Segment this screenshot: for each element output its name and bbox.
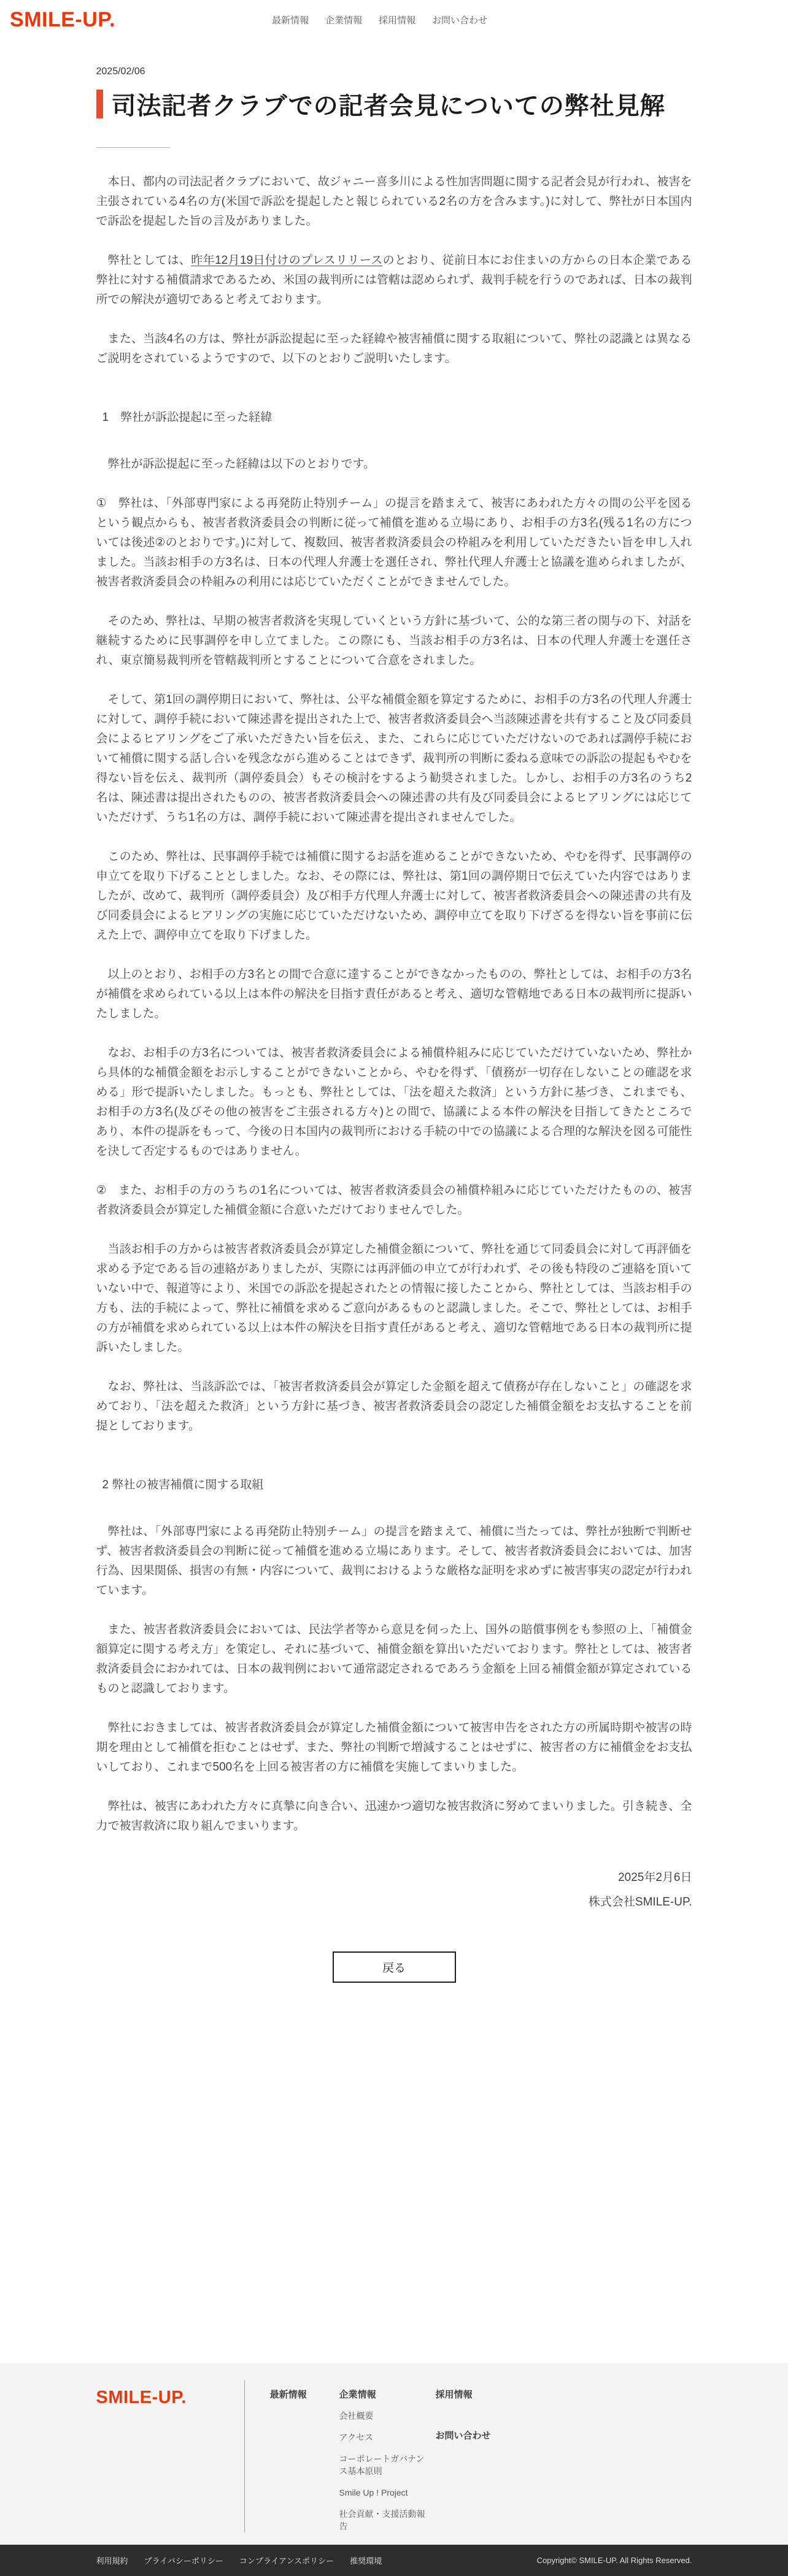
footer-col-corporate-info: 企業情報会社概要アクセスコーポレートガバナンス基本原則Smile Up ! Pr… — [339, 2380, 432, 2532]
paragraph: 当該お相手の方からは被害者救済委員会が算定した補償金額について、弊社を通じて同委… — [96, 1240, 692, 1358]
paragraph: そのため、弊社は、早期の被害者救済を実現していくという方針に基づいて、公的な第三… — [96, 612, 692, 671]
footer-col-latest-news: 最新情報 — [245, 2380, 339, 2532]
footer-contact-link[interactable]: お問い合わせ — [436, 2429, 555, 2442]
paragraph: 以上のとおり、お相手の方3名との間で合意に達することができなかったものの、弊社と… — [96, 965, 692, 1024]
footer-col-title[interactable]: 採用情報 — [436, 2388, 555, 2401]
footer-col-title[interactable]: 最新情報 — [270, 2388, 339, 2401]
main-content: 2025/02/06 司法記者クラブでの記者会見についての弊社見解 本日、都内の… — [0, 66, 788, 1983]
spacer — [0, 1983, 788, 2363]
legal-privacy-policy[interactable]: プライバシーポリシー — [144, 2555, 223, 2566]
site-header: SMILE-UP. 最新情報企業情報採用情報お問い合わせ — [0, 0, 788, 39]
post-date: 2025/02/06 — [96, 66, 692, 77]
header-nav: 最新情報企業情報採用情報お問い合わせ — [272, 0, 487, 39]
paragraph: 弊社が訴訟提起に至った経緯は以下のとおりです。 — [96, 455, 692, 474]
footer-main: SMILE-UP. 最新情報企業情報会社概要アクセスコーポレートガバナンス基本原… — [0, 2363, 788, 2545]
paragraph: そして、第1回の調停期日において、弊社は、公平な補償金額を算定するために、お相手… — [96, 690, 692, 828]
nav-latest-news[interactable]: 最新情報 — [272, 13, 309, 26]
site-logo[interactable]: SMILE-UP. — [10, 8, 115, 32]
page-title: 司法記者クラブでの記者会見についての弊社見解 — [112, 87, 665, 121]
nav-corporate-info[interactable]: 企業情報 — [325, 13, 362, 26]
legal-compliance-policy[interactable]: コンプライアンスポリシー — [239, 2555, 334, 2566]
footer-link[interactable]: Smile Up ! Project — [339, 2486, 431, 2499]
copyright: Copyright© SMILE-UP. All Rights Reserved… — [537, 2556, 692, 2565]
page-title-row: 司法記者クラブでの記者会見についての弊社見解 — [96, 87, 692, 121]
signature-company: 株式会社SMILE-UP. — [96, 1893, 692, 1912]
footer-link[interactable]: コーポレートガバナンス基本原則 — [339, 2453, 431, 2477]
paragraph: なお、弊社は、当該訴訟では、「被害者救済委員会が算定した金額を超えて債務が存在し… — [96, 1377, 692, 1436]
press-release-link[interactable]: 昨年12月19日付けのプレスリリース — [191, 254, 382, 267]
legal-terms[interactable]: 利用規約 — [96, 2555, 128, 2566]
signature-date: 2025年2月6日 — [96, 1868, 692, 1888]
paragraph: ① 弊社は、「外部専門家による再発防止特別チーム」の提言を踏まえて、被害にあわれ… — [96, 494, 692, 592]
paragraph: また、当該4名の方は、弊社が訴訟提起に至った経緯や被害補償に関する取組について、… — [96, 329, 692, 369]
footer-link[interactable]: 会社概要 — [339, 2410, 431, 2422]
legal-links: 利用規約プライバシーポリシーコンプライアンスポリシー推奨環境 — [96, 2555, 382, 2566]
footer-col-title[interactable]: 企業情報 — [339, 2388, 432, 2401]
footer-link[interactable]: 社会貢献・支援活動報告 — [339, 2508, 431, 2532]
paragraph: 弊社としては、昨年12月19日付けのプレスリリースのとおり、従前日本にお住まいの… — [96, 251, 692, 310]
paragraph: また、被害者救済委員会においては、民法学者等から意見を伺った上、国外の賠償事例を… — [96, 1620, 692, 1699]
paragraph: 弊社は、被害にあわれた方々に真摯に向き合い、迅速かつ適切な被害救済に努めてまいり… — [96, 1797, 692, 1836]
section-heading: 2 弊社の被害補償に関する取組 — [96, 1475, 692, 1495]
paragraph: 弊社は、「外部専門家による再発防止特別チーム」の提言を踏まえて、補償に当たっては… — [96, 1522, 692, 1601]
back-button[interactable]: 戻る — [333, 1951, 456, 1983]
footer-bottom-bar: 利用規約プライバシーポリシーコンプライアンスポリシー推奨環境 Copyright… — [0, 2545, 788, 2576]
legal-recommended-environment[interactable]: 推奨環境 — [350, 2555, 382, 2566]
signature-block: 2025年2月6日 株式会社SMILE-UP. — [96, 1868, 692, 1912]
paragraph: 本日、都内の司法記者クラブにおいて、故ジャニー喜多川による性加害問題に関する記者… — [96, 172, 692, 231]
nav-recruit[interactable]: 採用情報 — [379, 13, 415, 26]
paragraph: 弊社におきましては、被害者救済委員会が算定した補償金額について被害申告をされた方… — [96, 1718, 692, 1777]
paragraph: このため、弊社は、民事調停手続では補償に関するお話を進めることができないため、や… — [96, 847, 692, 945]
site-footer: SMILE-UP. 最新情報企業情報会社概要アクセスコーポレートガバナンス基本原… — [0, 2363, 788, 2576]
footer-nav: 最新情報企業情報会社概要アクセスコーポレートガバナンス基本原則Smile Up … — [245, 2380, 555, 2532]
nav-contact[interactable]: お問い合わせ — [432, 13, 487, 26]
footer-link[interactable]: アクセス — [339, 2431, 431, 2443]
paragraph: ② また、お相手の方のうちの1名については、被害者救済委員会の補償枠組みに応じて… — [96, 1181, 692, 1220]
title-accent-bar — [96, 90, 103, 118]
footer-logo[interactable]: SMILE-UP. — [96, 2388, 187, 2407]
footer-col-links: 会社概要アクセスコーポレートガバナンス基本原則Smile Up ! Projec… — [339, 2410, 432, 2532]
footer-col-recruit: 採用情報お問い合わせ — [432, 2380, 555, 2532]
section-heading: 1 弊社が訴訟提起に至った経緯 — [96, 408, 692, 428]
press-release-body: 本日、都内の司法記者クラブにおいて、故ジャニー喜多川による性加害問題に関する記者… — [96, 148, 692, 1836]
paragraph: なお、お相手の方3名については、被害者救済委員会による補償枠組みに応じていただけ… — [96, 1044, 692, 1161]
